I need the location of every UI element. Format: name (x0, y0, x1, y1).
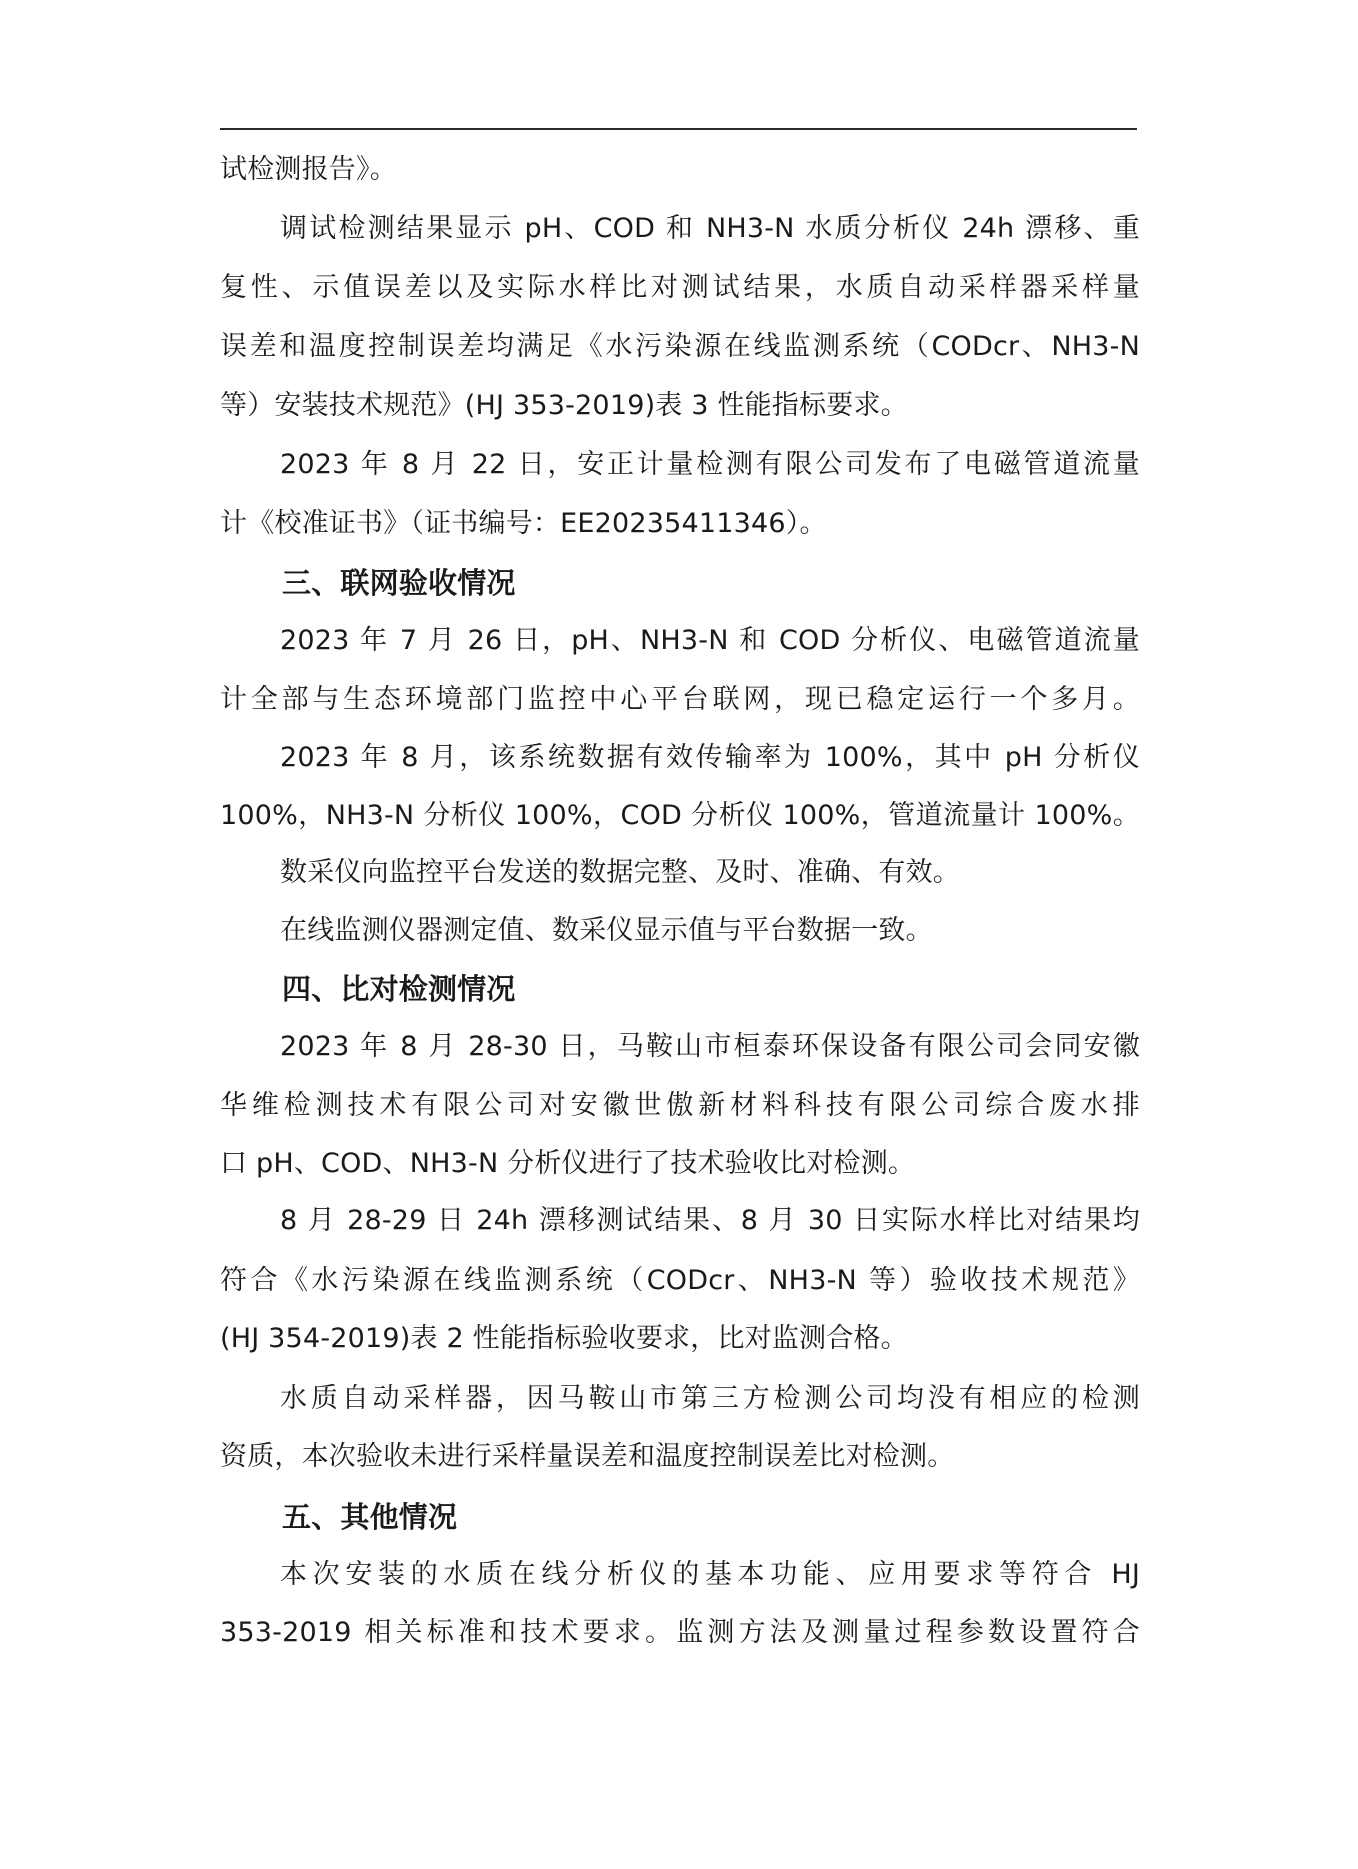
paragraph-line: 8 月 28-29 日 24h 漂移测试结果、8 月 30 日实际水样比对结果均 (280, 1201, 1140, 1241)
paragraph-line: 等）安装技术规范》(HJ 353-2019)表 3 性能指标要求。 (220, 386, 908, 426)
paragraph-line: 资质，本次验收未进行采样量误差和温度控制误差比对检测。 (220, 1437, 954, 1477)
paragraph-line: 2023 年 8 月，该系统数据有效传输率为 100%，其中 pH 分析仪 (280, 738, 1140, 778)
paragraph-line: 在线监测仪器测定值、数采仪显示值与平台数据一致。 (280, 911, 933, 951)
paragraph-line: 数采仪向监控平台发送的数据完整、及时、准确、有效。 (280, 853, 960, 893)
section-heading-comparison: 四、比对检测情况 (282, 969, 516, 1009)
paragraph-line: 水质自动采样器，因马鞍山市第三方检测公司均没有相应的检测 (280, 1379, 1140, 1419)
paragraph-line: 2023 年 8 月 28-30 日，马鞍山市桓泰环保设备有限公司会同安徽 (280, 1027, 1140, 1067)
section-heading-networking: 三、联网验收情况 (282, 563, 516, 603)
paragraph-line: 误差和温度控制误差均满足《水污染源在线监测系统（CODcr、NH3-N (220, 327, 1140, 367)
paragraph-line: 试检测报告》。 (220, 150, 397, 190)
paragraph-line: 口 pH、COD、NH3-N 分析仪进行了技术验收比对检测。 (220, 1144, 915, 1184)
paragraph-line: 本次安装的水质在线分析仪的基本功能、应用要求等符合 HJ (280, 1555, 1140, 1595)
paragraph-line: 353-2019 相关标准和技术要求。监测方法及测量过程参数设置符合 (220, 1613, 1140, 1653)
paragraph-line: 2023 年 8 月 22 日，安正计量检测有限公司发布了电磁管道流量 (280, 445, 1140, 485)
header-rule (220, 128, 1137, 130)
paragraph-line: 复性、示值误差以及实际水样比对测试结果，水质自动采样器采样量 (220, 268, 1140, 308)
paragraph-line: 2023 年 7 月 26 日，pH、NH3-N 和 COD 分析仪、电磁管道流… (280, 621, 1140, 661)
paragraph-line: 100%，NH3-N 分析仪 100%，COD 分析仪 100%，管道流量计 1… (220, 796, 1140, 836)
paragraph-line: 计全部与生态环境部门监控中心平台联网，现已稳定运行一个多月。 (220, 680, 1140, 720)
paragraph-line: 调试检测结果显示 pH、COD 和 NH3-N 水质分析仪 24h 漂移、重 (280, 209, 1140, 249)
paragraph-line: (HJ 354-2019)表 2 性能指标验收要求，比对监测合格。 (220, 1319, 908, 1359)
paragraph-line: 符合《水污染源在线监测系统（CODcr、NH3-N 等）验收技术规范》 (220, 1261, 1140, 1301)
section-heading-other: 五、其他情况 (282, 1497, 457, 1537)
paragraph-line: 华维检测技术有限公司对安徽世傲新材料科技有限公司综合废水排 (220, 1086, 1140, 1126)
paragraph-line: 计《校准证书》（证书编号：EE20235411346）。 (220, 504, 827, 544)
